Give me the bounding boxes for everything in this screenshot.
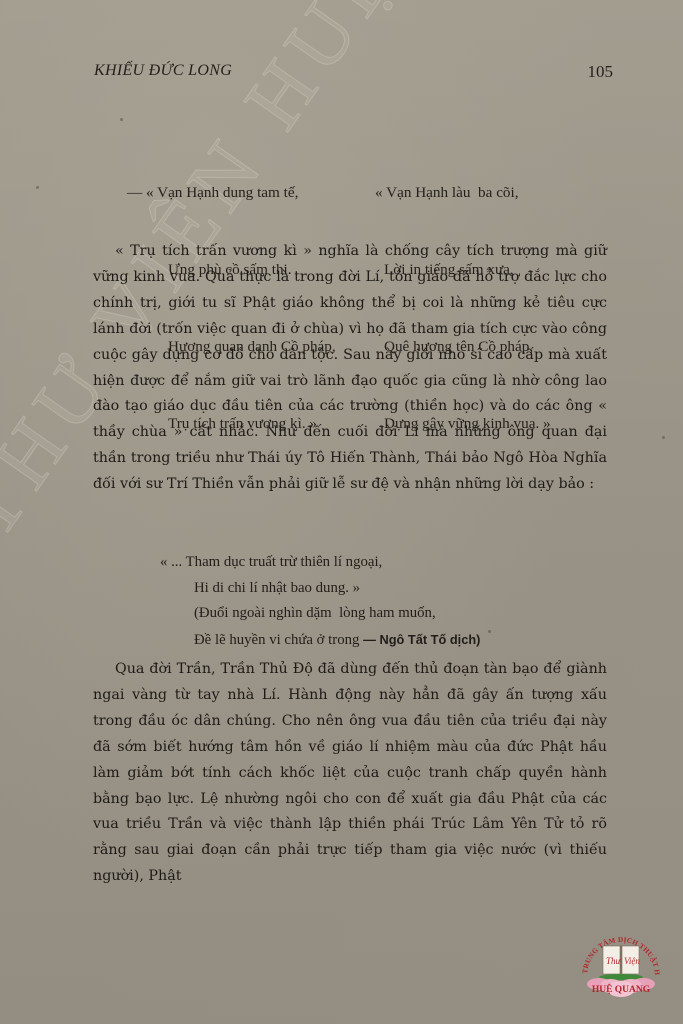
running-head-author: KHIẾU ĐỨC LONG <box>94 62 232 80</box>
lotus-book-emblem-icon: TRUNG TÂM DỊCH THUẬT HÁN NÔM Thư Viện HU… <box>573 926 669 1008</box>
paper-speck <box>488 630 491 633</box>
poem-line: « Vạn Hạnh làu ba cõi, <box>375 180 551 206</box>
hue-quang-logo: TRUNG TÂM DỊCH THUẬT HÁN NÔM Thư Viện HU… <box>573 926 669 1008</box>
poem-line: — « Vạn Hạnh dung tam tế, <box>127 180 336 206</box>
scanned-book-page: THƯ VIỆN HUỆ QUANG.VN THƯ VIỆN HUỆ QUANG… <box>0 0 683 1024</box>
paragraph-text: « Trụ tích trấn vương kì » nghĩa là chốn… <box>93 239 607 498</box>
body-paragraph-2: Qua đời Trần, Trần Thủ Độ đã dùng đến th… <box>93 657 607 890</box>
page-number: 105 <box>588 62 614 82</box>
paper-speck <box>36 186 39 189</box>
poem-line: Đề lẽ huyền vi chứa ở trong — Ngô Tất Tố… <box>160 627 480 654</box>
poem-line: Hi di chi lí nhật bao dung. » <box>160 576 480 602</box>
poem-line: « ... Tham dục truất trừ thiên lí ngoại, <box>160 550 480 576</box>
body-paragraph-1: « Trụ tích trấn vương kì » nghĩa là chốn… <box>93 239 607 498</box>
paper-speck <box>662 436 665 439</box>
poem-line-text: Đề lẽ huyền vi chứa ở trong <box>194 632 363 648</box>
paragraph-text: Qua đời Trần, Trần Thủ Độ đã dùng đến th… <box>93 657 607 890</box>
paper-speck <box>120 118 123 121</box>
poem-line: (Đuổi ngoài nghìn dặm lòng ham muốn, <box>160 601 480 627</box>
translator-credit: — Ngô Tất Tố dịch) <box>363 632 480 647</box>
svg-text:Thư: Thư <box>606 956 622 966</box>
poem-quotation-tri-thien: « ... Tham dục truất trừ thiên lí ngoại,… <box>160 550 480 653</box>
svg-text:Viện: Viện <box>624 956 640 966</box>
running-header: KHIẾU ĐỨC LONG 105 <box>94 62 613 86</box>
